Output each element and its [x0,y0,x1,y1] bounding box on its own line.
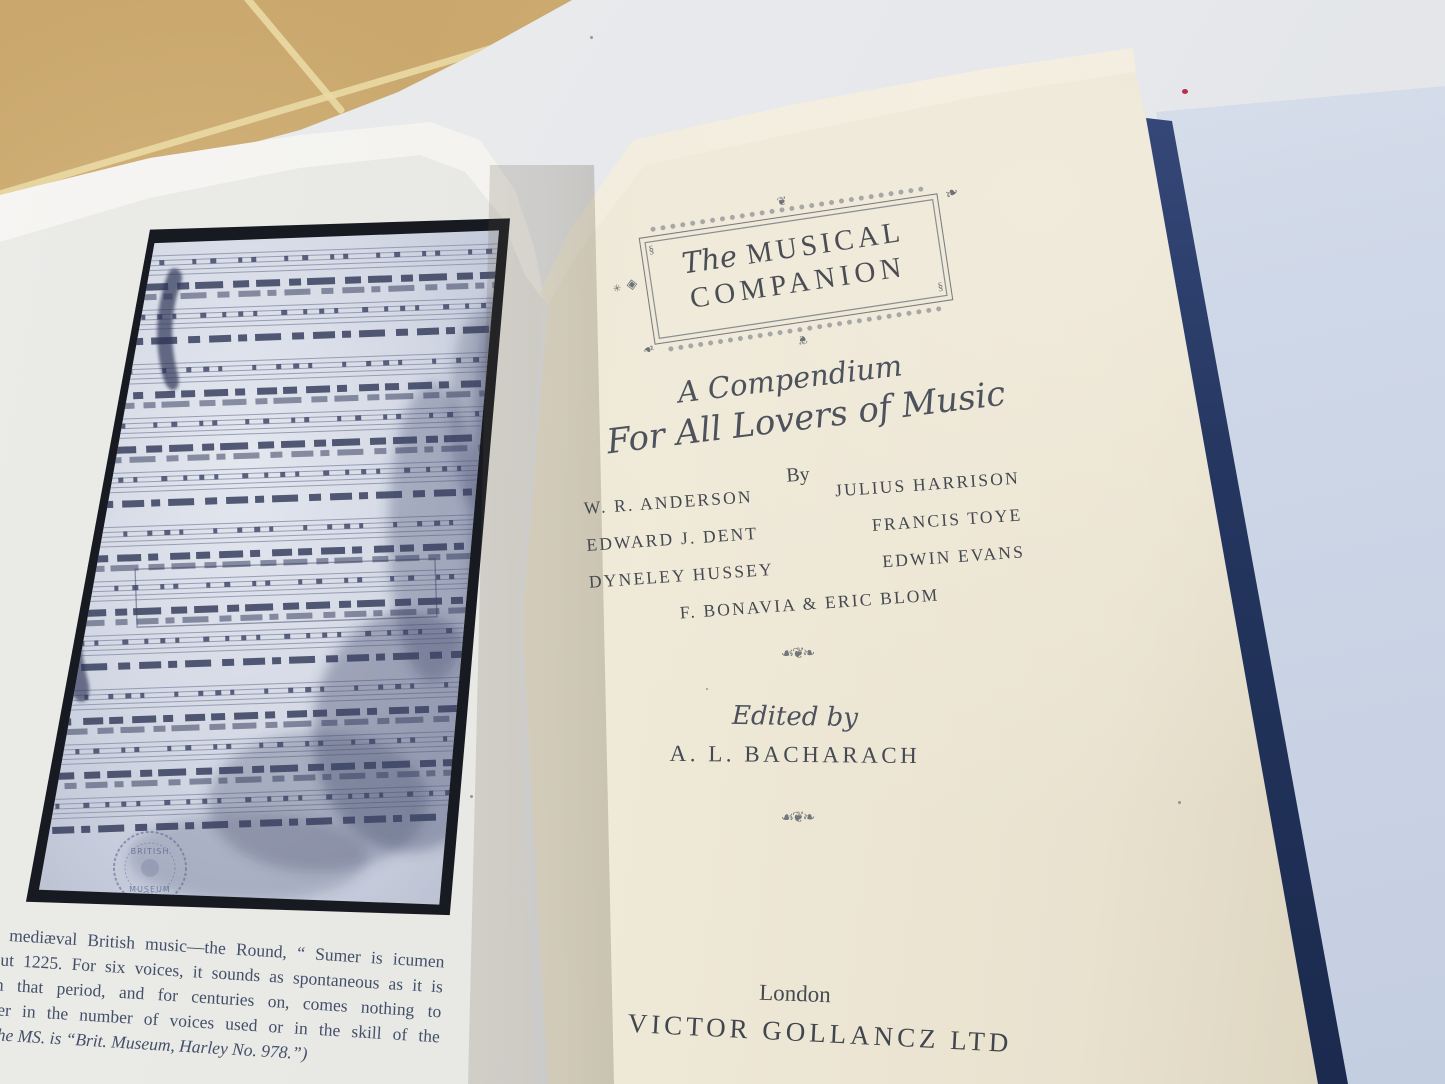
open-book-photo: BRITISH MUSEUM f mediæval British music—… [0,0,1445,1084]
author-name: EDWARD J. DENT [586,521,760,557]
section-ornament-icon: ☙❦❧ [752,643,842,663]
red-mark [1182,89,1188,94]
frame-heart-bottom-icon: ❦ [797,333,809,346]
dust-speck [706,688,708,690]
photo-caption: f mediæval British music—the Round, “ Su… [0,922,445,1074]
author-name: EDWIN EVANS [881,539,1025,573]
frame-heart-top-icon: ❦ [776,195,788,208]
book-title-the: The [680,239,740,281]
frame-diamond-left-icon: ◈ [626,278,639,293]
stamp-text-top: BRITISH [131,847,170,856]
frame-section-mark-icon: § [648,245,655,257]
edited-by-label: Edited by [710,701,880,734]
author-name: FRANCIS TOYE [871,502,1023,536]
editor-name: A. L. BACHARACH [640,741,950,770]
frame-section-mark-icon: § [937,281,944,293]
dust-speck [470,795,473,798]
dust-speck [1178,801,1181,804]
frame-star-left-icon: ✳ [612,284,622,295]
photo-stains [128,292,516,902]
section-ornament-icon: ☙❦❧ [752,808,842,826]
stamp-text-bottom: MUSEUM [129,885,171,894]
british-museum-stamp: BRITISH MUSEUM [114,832,186,904]
dust-speck [590,36,593,39]
city-name: London [715,978,876,1010]
author-name: DYNELEY HUSSEY [588,557,774,594]
